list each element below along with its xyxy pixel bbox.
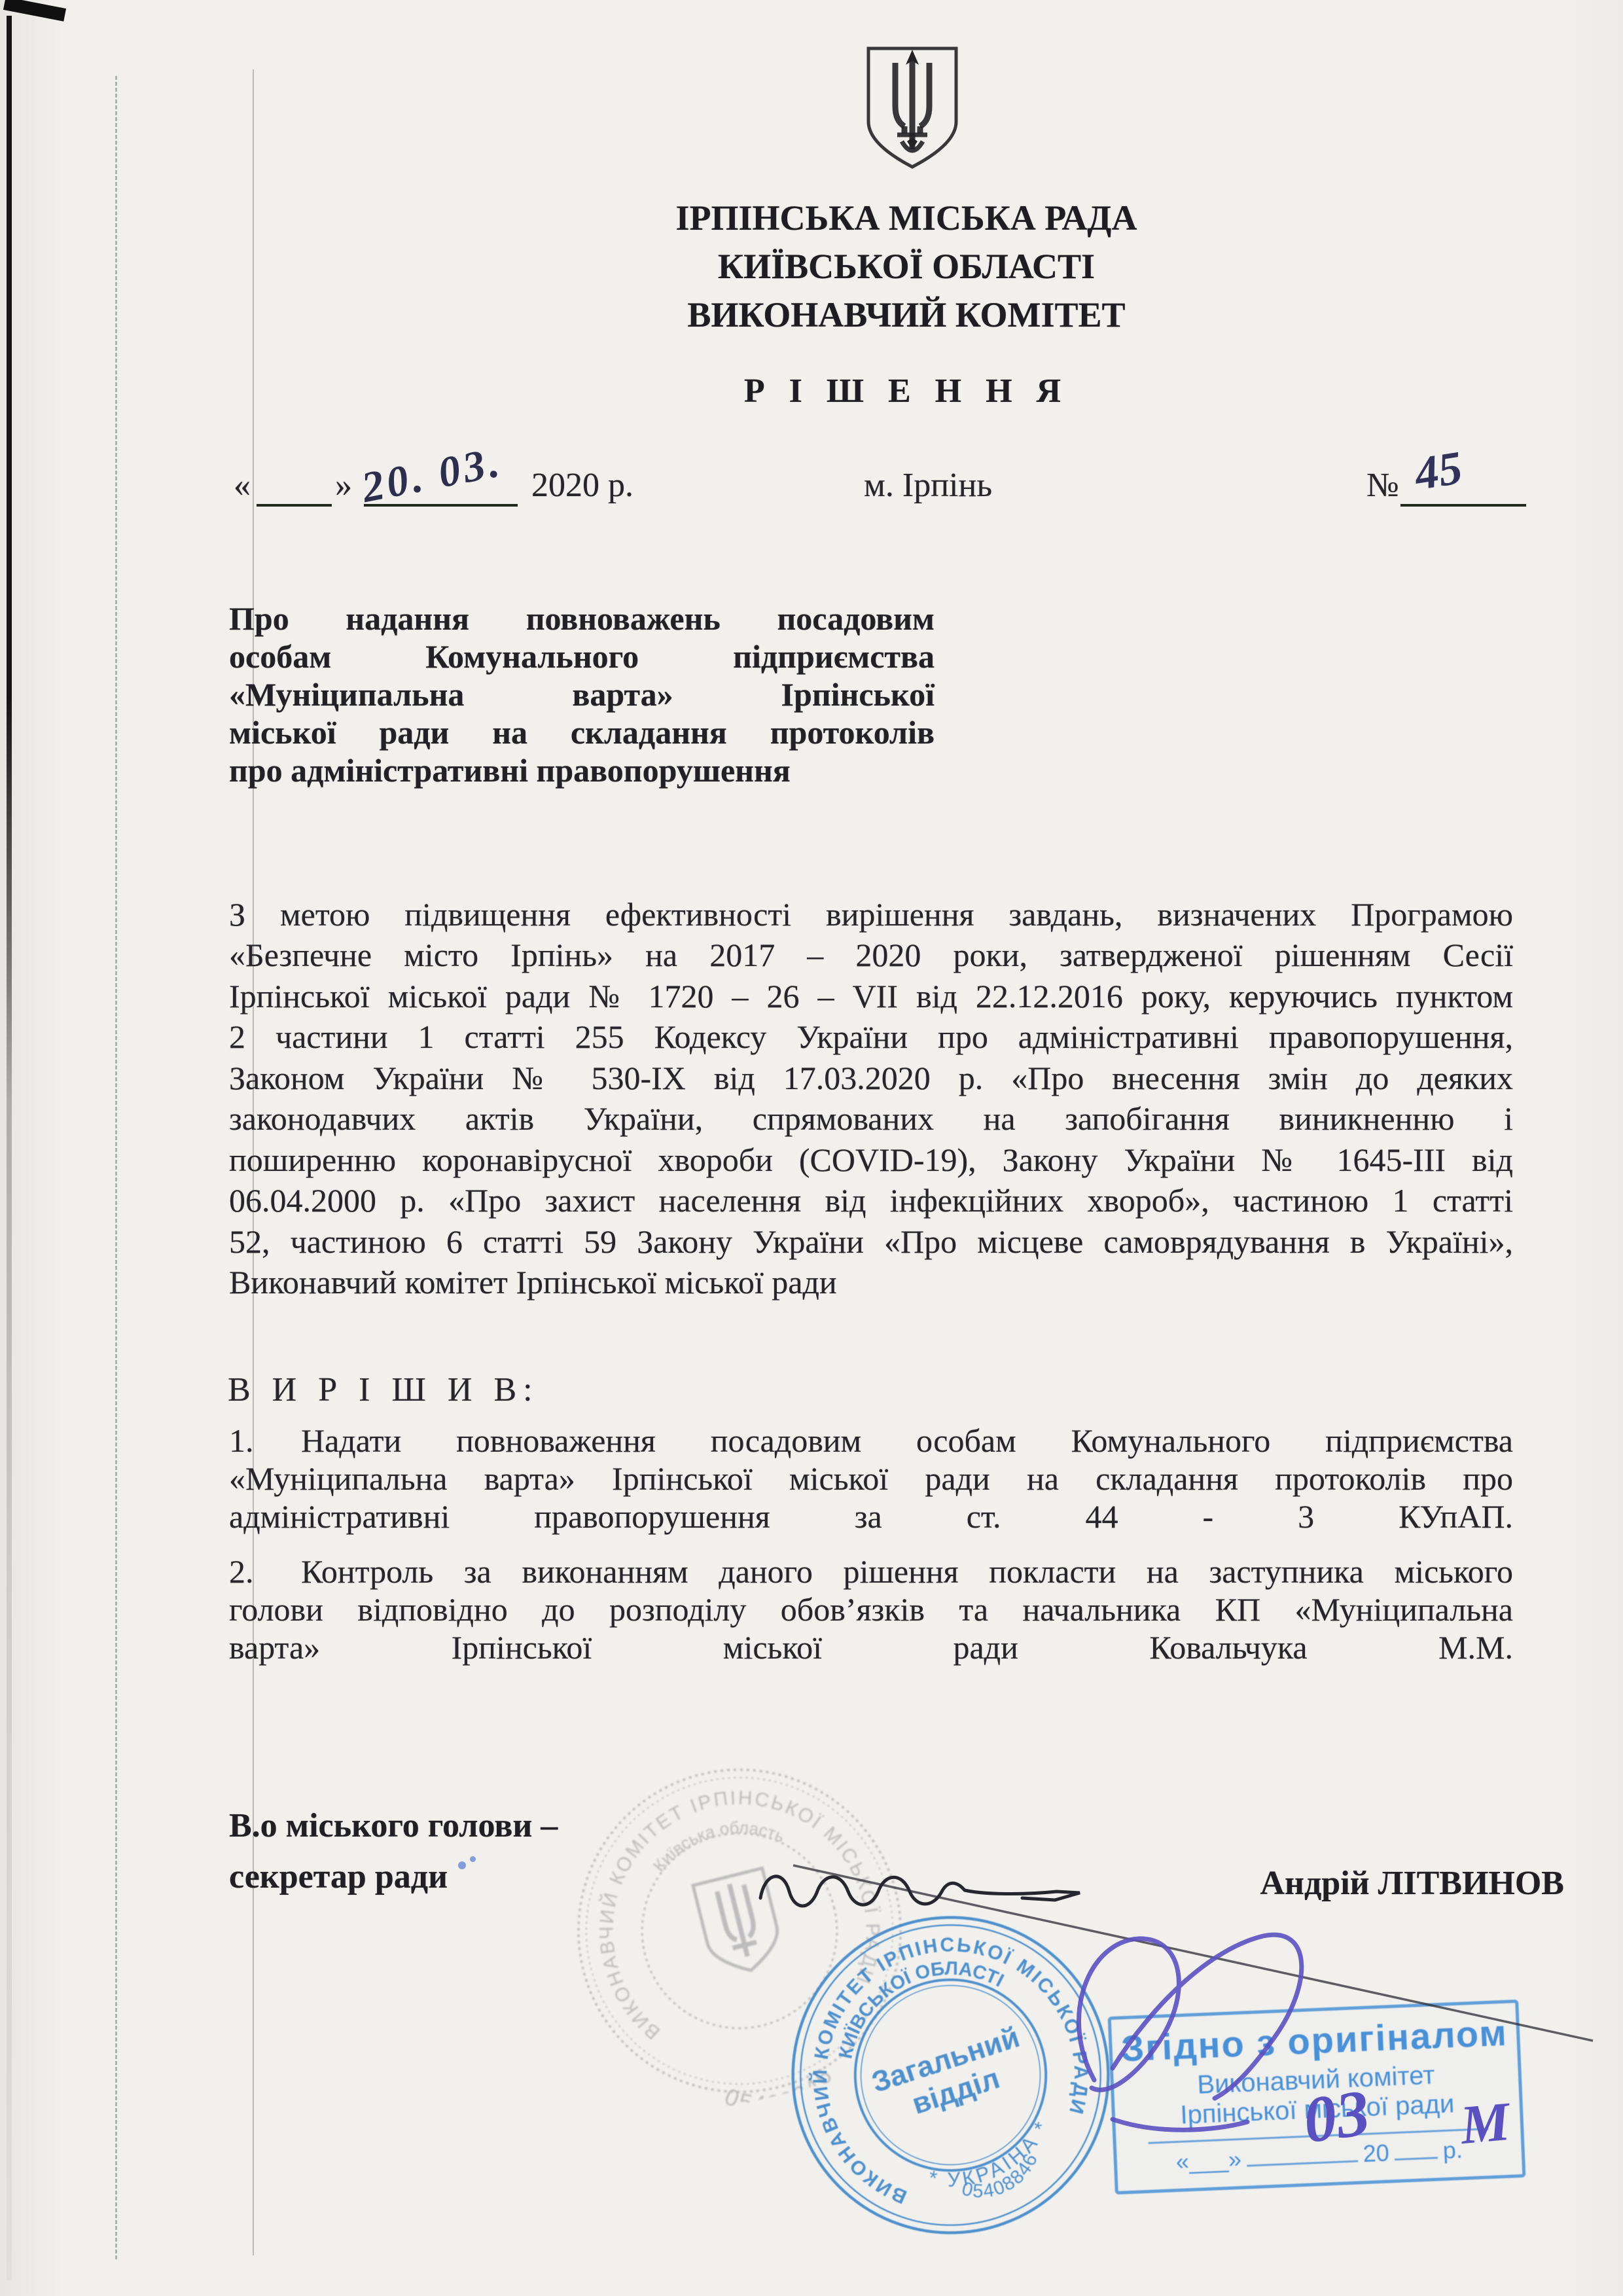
body-line: поширенню коронавірусної хвороби (COVID-… [229,1141,1513,1181]
ghost-stamp-region-text: Київська область [644,1805,791,1878]
handwritten-stamp-month: 03 [1298,2075,1374,2159]
org-name-line3: ВИКОНАВЧИЙ КОМІТЕТ [196,295,1616,335]
subject-line: особам Комунального підприємства [229,637,935,675]
item-2-number: 2. [229,1552,301,1590]
body-line: «Безпечне місто Ірпінь» на 2017 – 2020 р… [229,936,1513,977]
body-line: законодавчих актів України, спрямованих … [229,1100,1513,1140]
resolution-label: В И Р І Ш И В: [228,1371,539,1409]
svg-text:Київська область: Київська область [644,1805,791,1878]
blue-stamp-country-text: * УКРАЇНА * [919,2109,1065,2210]
signer-title-line1: В.о міського голови – [229,1806,558,1845]
date-day-blank [257,466,332,507]
svg-text:05408846: 05408846 [716,2058,844,2130]
org-name-line1: ІРПІНСЬКА МІСЬКА РАДА [196,198,1616,238]
scanned-document-page: ІРПІНСЬКА МІСЬКА РАДА КИЇВСЬКОЇ ОБЛАСТІ … [0,0,1623,2296]
document-type-title: Р І Ш Е Н Н Я [196,372,1616,410]
secretary-signature-stroke [760,1876,1080,1906]
resolution-item-2-line: голови відповідно до розподілу обов’язкі… [229,1590,1513,1628]
blue-stamp-code: 05408846 [953,2144,1051,2216]
ghost-stamp-code: 05408846 [716,2058,844,2130]
scan-edge-bar [7,16,12,2280]
item-1-number: 1. [229,1422,301,1460]
subject-line: Про надання повноважень посадовим [229,600,935,637]
body-line: 2 частини 1 статті 255 Кодексу України п… [229,1018,1513,1058]
scan-fold-line-left [115,76,117,2259]
org-name-line2: КИЇВСЬКОЇ ОБЛАСТІ [196,246,1616,287]
signer-name: Андрій ЛІТВИНОВ [1211,1864,1564,1903]
date-open-quote: « [234,466,251,505]
handwritten-number: 45 [1411,440,1466,501]
subject-line: «Муніципальна варта» Ірпінської [229,675,935,713]
resolution-item-1-line: «Муніципальна варта» Ірпінської міської … [229,1460,1513,1498]
blue-stamp-ring-text: ВИКОНАВЧИЙ КОМІТЕТ ІРПІНСЬКОЇ МІСЬКОЇ РА… [762,1886,1120,2224]
resolution-item-1-line: адміністративні правопорушення за ст. 44… [229,1498,1513,1535]
date-year: 2020 р. [531,466,633,505]
body-line: 52, частиною 6 статті 59 Закону України … [229,1223,1513,1263]
ink-speck [458,1861,466,1869]
body-line: 06.04.2000 р. «Про захист населення від … [229,1181,1513,1222]
city-label: м. Ірпінь [864,466,992,505]
ink-speck [470,1856,476,1862]
body-line: Ірпінської міської ради № 1720 – 26 – VI… [229,977,1513,1018]
svg-text:* УКРАЇНА *: * УКРАЇНА * [919,2109,1065,2210]
signer-title-line2: секретар ради [229,1857,448,1896]
ghost-round-stamp: ВИКОНАВЧИЙ КОМІТЕТ ІРПІНСЬКОЇ МІСЬКОЇ РА… [535,1726,944,2136]
body-line: Законом України № 530-ІХ від 17.03.2020 … [229,1059,1513,1100]
svg-text:ВИКОНАВЧИЙ КОМІТЕТ ІРПІНСЬКОЇ: ВИКОНАВЧИЙ КОМІТЕТ ІРПІНСЬКОЇ МІСЬКОЇ РА… [565,1757,900,2051]
svg-text:КИЇВСЬКОЇ ОБЛАСТІ: КИЇВСЬКОЇ ОБЛАСТІ [813,1928,1012,2068]
number-sign: № [1366,466,1399,505]
resolution-item-2-line: варта» Ірпінської міської ради Ковальчук… [229,1628,1513,1666]
svg-text:ВИКОНАВЧИЙ КОМІТЕТ ІРПІНСЬКОЇ: ВИКОНАВЧИЙ КОМІТЕТ ІРПІНСЬКОЇ МІСЬКОЇ РА… [762,1886,1120,2224]
date-close-quote: » [335,466,352,505]
blue-stamp-region-text: КИЇВСЬКОЇ ОБЛАСТІ [813,1928,1012,2068]
svg-text:05408846: 05408846 [953,2144,1051,2216]
resolution-item-2-line: 2.Контроль за виконанням даного рішення … [229,1552,1513,1590]
body-line: З метою підвищення ефективності вирішенн… [229,895,1513,936]
blue-stamp-center-line1: Загальний [868,2021,1024,2099]
blue-round-stamp: ВИКОНАВЧИЙ КОМІТЕТ ІРПІНСЬКОЇ МІСЬКОЇ РА… [730,1854,1171,2296]
blue-stamp-center-line2: відділ [908,2062,1004,2121]
subject-line: про адміністративні правопорушення [229,751,935,789]
ukraine-trident-emblem [863,45,962,171]
handwritten-stamp-initial: М [1458,2090,1512,2157]
ghost-stamp-ring-text: ВИКОНАВЧИЙ КОМІТЕТ ІРПІНСЬКОЇ МІСЬКОЇ РА… [565,1757,900,2051]
resolution-item-1-line: 1.Надати повноваження посадовим особам К… [229,1422,1513,1460]
subject-line: міської ради на складання протоколів [229,713,935,751]
scan-corner-mark [3,0,66,22]
body-line: Виконавчий комітет Ірпінської міської ра… [229,1263,1513,1304]
